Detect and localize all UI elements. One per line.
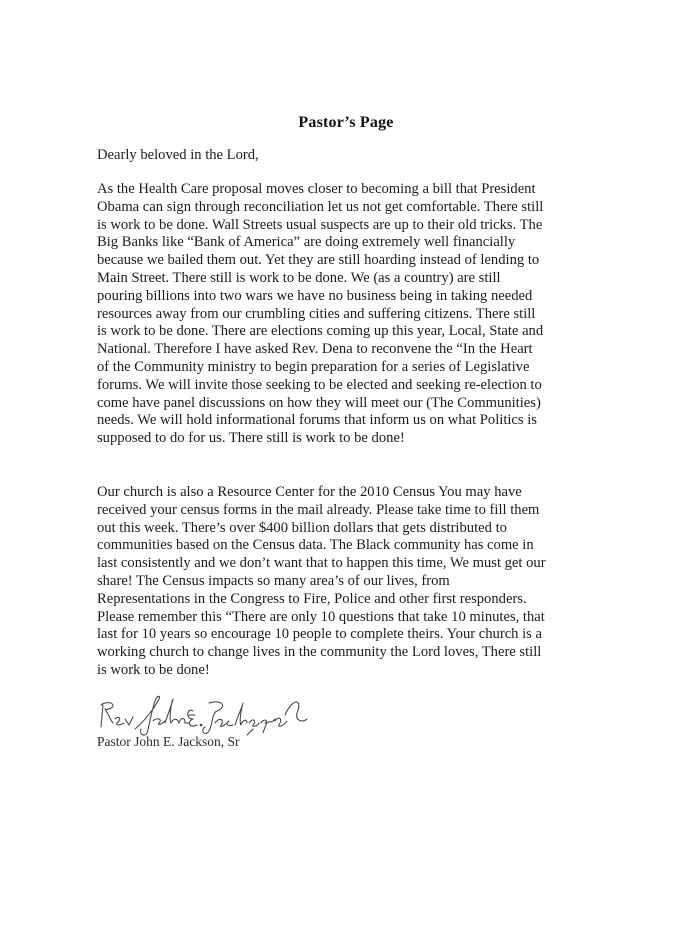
text-line: received your census forms in the mail a…: [97, 502, 597, 520]
text-line: resources away from our crumbling cities…: [97, 306, 597, 324]
text-line: out this week. There’s over $400 billion…: [97, 520, 597, 538]
text-line: forums. We will invite those seeking to …: [97, 377, 597, 395]
text-line: pouring billions into two wars we have n…: [97, 288, 597, 306]
paragraph-census: Our church is also a Resource Center for…: [97, 484, 597, 680]
document-page: Pastor’s Page Dearly beloved in the Lord…: [0, 0, 692, 951]
text-line: last consistently and we don’t want that…: [97, 555, 597, 573]
text-line: working church to change lives in the co…: [97, 644, 597, 662]
text-line: of the Community ministry to begin prepa…: [97, 359, 597, 377]
salutation: Dearly beloved in the Lord,: [97, 147, 259, 165]
text-line: Representations in the Congress to Fire,…: [97, 591, 597, 609]
text-line: communities based on the Census data. Th…: [97, 537, 597, 555]
page-title: Pastor’s Page: [0, 114, 692, 132]
signer-name: Pastor John E. Jackson, Sr: [97, 734, 240, 750]
text-line: is work to be done. Wall Streets usual s…: [97, 217, 597, 235]
text-line: is work to be done!: [97, 662, 597, 680]
text-line: because we bailed them out. Yet they are…: [97, 252, 597, 270]
text-line: needs. We will hold informational forums…: [97, 412, 597, 430]
text-line: Obama can sign through reconciliation le…: [97, 199, 597, 217]
text-line: Main Street. There still is work to be d…: [97, 270, 597, 288]
text-line: last for 10 years so encourage 10 people…: [97, 626, 597, 644]
paragraph-health-care: As the Health Care proposal moves closer…: [97, 181, 597, 448]
signature-icon: [97, 693, 312, 737]
text-line: Our church is also a Resource Center for…: [97, 484, 597, 502]
text-line: As the Health Care proposal moves closer…: [97, 181, 597, 199]
text-line: is work to be done. There are elections …: [97, 323, 597, 341]
text-line: Big Banks like “Bank of America” are doi…: [97, 234, 597, 252]
text-line: Please remember this “There are only 10 …: [97, 609, 597, 627]
text-line: supposed to do for us. There still is wo…: [97, 430, 597, 448]
text-line: come have panel discussions on how they …: [97, 395, 597, 413]
text-line: share! The Census impacts so many area’s…: [97, 573, 597, 591]
text-line: National. Therefore I have asked Rev. De…: [97, 341, 597, 359]
